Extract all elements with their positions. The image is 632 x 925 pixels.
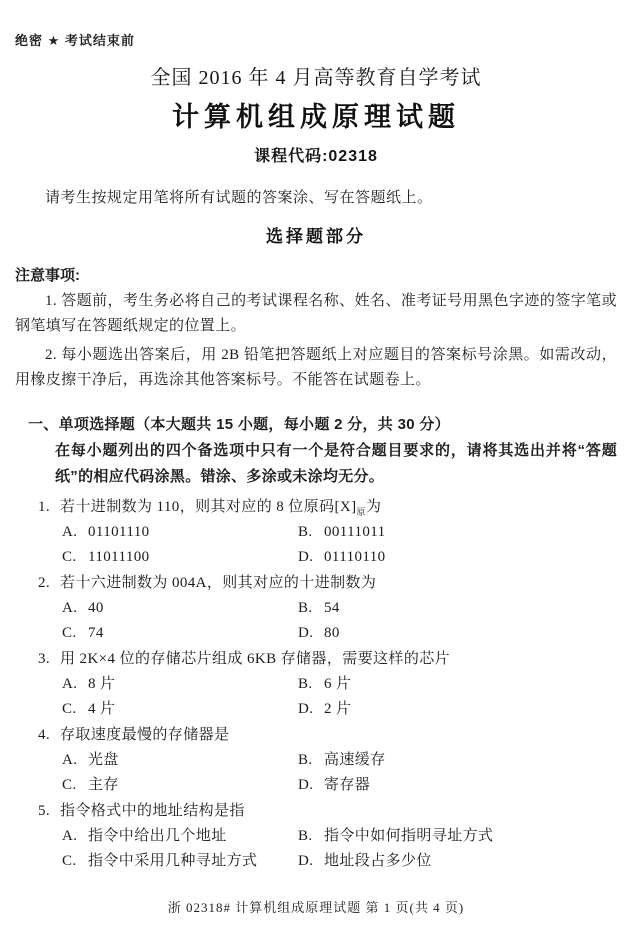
option-key: B. xyxy=(298,520,324,545)
option-key: A. xyxy=(62,672,88,697)
exam-paper-page: 绝密 ★ 考试结束前 全国 2016 年 4 月高等教育自学考试 计算机组成原理… xyxy=(0,0,632,925)
option-key: C. xyxy=(62,773,88,798)
option-grid: A.光盘 B.高速缓存 C.主存 D.寄存器 xyxy=(15,748,617,798)
option-key: C. xyxy=(62,849,88,874)
option-text: 2 片 xyxy=(324,701,351,717)
question-stem: 若十进制数为 110，则其对应的 8 位原码[X]原为 xyxy=(60,499,381,515)
question-3: 3.用 2K×4 位的存储芯片组成 6KB 存储器，需要这样的芯片 A.8 片 … xyxy=(15,647,617,722)
note-item: 2. 每小题选出答案后，用 2B 铅笔把答题纸上对应题目的答案标号涂黑。如需改动… xyxy=(15,343,617,393)
option-key: C. xyxy=(62,545,88,570)
option-d: D.地址段占多少位 xyxy=(298,849,617,874)
option-text: 11011100 xyxy=(88,549,150,565)
option-a: A.指令中给出几个地址 xyxy=(62,824,298,849)
option-key: A. xyxy=(62,824,88,849)
question-stem: 存取速度最慢的存储器是 xyxy=(60,727,229,743)
option-grid: A.指令中给出几个地址 B.指令中如何指明寻址方式 C.指令中采用几种寻址方式 … xyxy=(15,824,617,874)
option-c: C.11011100 xyxy=(62,545,298,570)
option-key: D. xyxy=(298,849,324,874)
option-text: 01101110 xyxy=(88,524,150,540)
question-stem-line: 1.若十进制数为 110，则其对应的 8 位原码[X]原为 xyxy=(15,495,617,520)
option-text: 指令中如何指明寻址方式 xyxy=(324,828,493,844)
option-b: B.指令中如何指明寻址方式 xyxy=(298,824,617,849)
question-stem-line: 3.用 2K×4 位的存储芯片组成 6KB 存储器，需要这样的芯片 xyxy=(15,647,617,672)
notes-title: 注意事项: xyxy=(15,264,617,285)
option-key: A. xyxy=(62,520,88,545)
option-text: 主存 xyxy=(88,777,119,793)
question-number: 1. xyxy=(38,495,60,520)
option-text: 00111011 xyxy=(324,524,386,540)
option-d: D.01110110 xyxy=(298,545,617,570)
option-text: 地址段占多少位 xyxy=(324,853,432,869)
option-text: 80 xyxy=(324,625,340,641)
option-key: C. xyxy=(62,697,88,722)
question-number: 2. xyxy=(38,571,60,596)
option-c: C.指令中采用几种寻址方式 xyxy=(62,849,298,874)
option-b: B.00111011 xyxy=(298,520,617,545)
question-1: 1.若十进制数为 110，则其对应的 8 位原码[X]原为 A.01101110… xyxy=(15,495,617,570)
exam-session-title: 全国 2016 年 4 月高等教育自学考试 xyxy=(15,61,617,90)
option-b: B.高速缓存 xyxy=(298,748,617,773)
question-number: 4. xyxy=(38,723,60,748)
option-text: 光盘 xyxy=(88,752,119,768)
question-stem: 若十六进制数为 004A，则其对应的十进制数为 xyxy=(60,575,376,591)
question-stem: 用 2K×4 位的存储芯片组成 6KB 存储器，需要这样的芯片 xyxy=(60,651,450,667)
option-text: 6 片 xyxy=(324,676,351,692)
option-key: D. xyxy=(298,545,324,570)
course-code: 课程代码:02318 xyxy=(15,143,617,166)
question-stem-line: 4.存取速度最慢的存储器是 xyxy=(15,723,617,748)
option-key: C. xyxy=(62,621,88,646)
question-2: 2.若十六进制数为 004A，则其对应的十进制数为 A.40 B.54 C.74… xyxy=(15,571,617,646)
section-one-instruction: 在每小题列出的四个备选项中只有一个是符合题目要求的，请将其选出并将“答题纸”的相… xyxy=(55,438,617,490)
option-a: A.01101110 xyxy=(62,520,298,545)
option-key: B. xyxy=(298,672,324,697)
question-list: 1.若十进制数为 110，则其对应的 8 位原码[X]原为 A.01101110… xyxy=(15,495,617,874)
option-text: 高速缓存 xyxy=(324,752,386,768)
option-b: B.54 xyxy=(298,596,617,621)
question-4: 4.存取速度最慢的存储器是 A.光盘 B.高速缓存 C.主存 D.寄存器 xyxy=(15,723,617,798)
question-number: 5. xyxy=(38,799,60,824)
question-stem-line: 2.若十六进制数为 004A，则其对应的十进制数为 xyxy=(15,571,617,596)
exam-title: 计算机组成原理试题 xyxy=(15,95,617,134)
stem-subscript: 原 xyxy=(357,507,366,517)
stem-text: 为 xyxy=(366,499,381,515)
stem-text: 若十进制数为 110，则其对应的 8 位原码[X] xyxy=(60,499,357,515)
option-text: 8 片 xyxy=(88,676,115,692)
option-c: C.4 片 xyxy=(62,697,298,722)
option-key: D. xyxy=(298,773,324,798)
option-text: 54 xyxy=(324,600,340,616)
option-a: A.光盘 xyxy=(62,748,298,773)
option-grid: A.40 B.54 C.74 D.80 xyxy=(15,596,617,646)
option-key: A. xyxy=(62,748,88,773)
option-b: B.6 片 xyxy=(298,672,617,697)
option-text: 4 片 xyxy=(88,701,115,717)
option-grid: A.8 片 B.6 片 C.4 片 D.2 片 xyxy=(15,672,617,722)
option-key: D. xyxy=(298,621,324,646)
option-a: A.40 xyxy=(62,596,298,621)
question-stem: 指令格式中的地址结构是指 xyxy=(60,803,245,819)
question-stem-line: 5.指令格式中的地址结构是指 xyxy=(15,799,617,824)
note-item: 1. 答题前，考生务必将自己的考试课程名称、姓名、准考证号用黑色字迹的签字笔或钢… xyxy=(15,289,617,339)
question-5: 5.指令格式中的地址结构是指 A.指令中给出几个地址 B.指令中如何指明寻址方式… xyxy=(15,799,617,874)
option-a: A.8 片 xyxy=(62,672,298,697)
option-key: A. xyxy=(62,596,88,621)
option-text: 74 xyxy=(88,625,104,641)
option-text: 40 xyxy=(88,600,104,616)
section-one-heading: 一、单项选择题（本大题共 15 小题，每小题 2 分，共 30 分） xyxy=(15,413,617,434)
option-text: 01110110 xyxy=(324,549,386,565)
option-d: D.2 片 xyxy=(298,697,617,722)
option-key: B. xyxy=(298,748,324,773)
option-text: 指令中采用几种寻址方式 xyxy=(88,853,257,869)
pen-instruction: 请考生按规定用笔将所有试题的答案涂、写在答题纸上。 xyxy=(15,188,617,208)
option-grid: A.01101110 B.00111011 C.11011100 D.01110… xyxy=(15,520,617,570)
option-text: 指令中给出几个地址 xyxy=(88,828,227,844)
page-footer: 浙 02318# 计算机组成原理试题 第 1 页(共 4 页) xyxy=(0,897,632,916)
option-c: C.主存 xyxy=(62,773,298,798)
option-c: C.74 xyxy=(62,621,298,646)
part-header: 选择题部分 xyxy=(15,222,617,247)
option-key: B. xyxy=(298,596,324,621)
option-d: D.80 xyxy=(298,621,617,646)
security-notice: 绝密 ★ 考试结束前 xyxy=(15,30,617,49)
option-text: 寄存器 xyxy=(324,777,370,793)
option-key: B. xyxy=(298,824,324,849)
option-d: D.寄存器 xyxy=(298,773,617,798)
option-key: D. xyxy=(298,697,324,722)
question-number: 3. xyxy=(38,647,60,672)
